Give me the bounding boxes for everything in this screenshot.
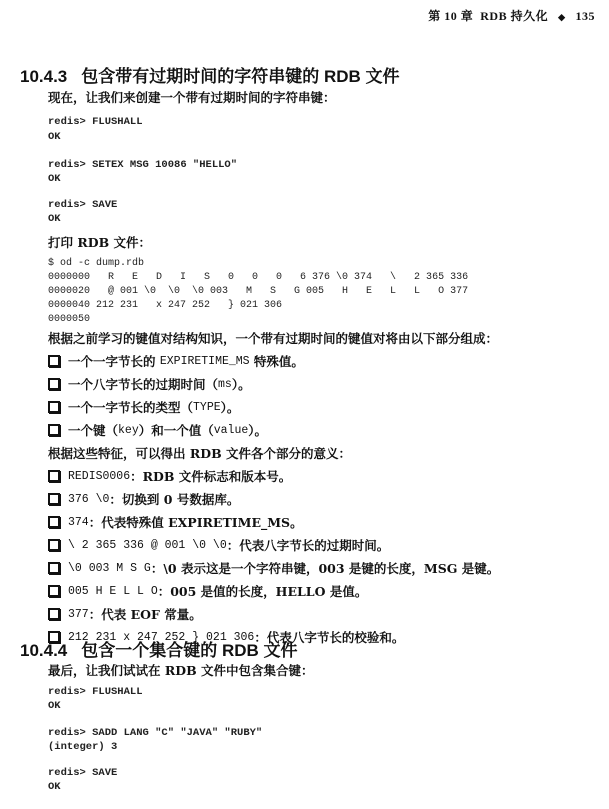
- code-line: redis> SADD LANG "C" "JAVA" "RUBY": [48, 727, 262, 739]
- list-item: 一个一字节长的 EXPIRETIME_MS 特殊值。: [48, 352, 304, 370]
- code-line: redis> SETEX MSG 10086 "HELLO": [48, 159, 237, 171]
- checkbox-bullet-icon: [48, 585, 60, 597]
- od-line: 0000000 R E D I S 0 0 0 6 376 \0 374 \ 2…: [48, 272, 468, 283]
- od-line: 0000050: [48, 314, 90, 325]
- section-number: 10.4.3: [20, 67, 67, 86]
- code-line: OK: [48, 213, 61, 225]
- list-item: \ 2 365 336 @ 001 \0 \0：代表八字节长的过期时间。: [48, 536, 389, 554]
- code-line: redis> FLUSHALL: [48, 686, 143, 698]
- print-label: 打印 RDB 文件：: [48, 233, 151, 251]
- checkbox-bullet-icon: [48, 378, 60, 390]
- checkbox-bullet-icon: [48, 470, 60, 482]
- list-item: 374：代表特殊值 EXPIRETIME_MS。: [48, 513, 303, 531]
- checkbox-bullet-icon: [48, 608, 60, 620]
- code-line: redis> SAVE: [48, 199, 117, 211]
- meaning-intro: 根据这些特征，可以得出 RDB 文件各个部分的意义：: [48, 444, 351, 462]
- code-line: OK: [48, 781, 61, 793]
- od-line: 0000040 212 231 x 247 252 } 021 306: [48, 300, 282, 311]
- section-number: 10.4.4: [20, 641, 67, 660]
- parts-intro: 根据之前学习的键值对结构知识，一个带有过期时间的键值对将由以下部分组成：: [48, 329, 498, 347]
- chapter-label: 第 10 章: [428, 9, 473, 23]
- section-title: 包含一个集合键的 RDB 文件: [81, 641, 297, 660]
- checkbox-bullet-icon: [48, 562, 60, 574]
- code-line: redis> FLUSHALL: [48, 116, 143, 128]
- checkbox-bullet-icon: [48, 401, 60, 413]
- section-heading-10-4-3: 10.4.3包含带有过期时间的字符串键的 RDB 文件: [20, 62, 400, 87]
- od-line: 0000020 @ 001 \0 \0 \0 003 M S G 005 H E…: [48, 286, 468, 297]
- chapter-title: RDB 持久化: [480, 9, 548, 23]
- code-line: (integer) 3: [48, 741, 117, 753]
- list-item: \0 003 M S G：\0 表示这是一个字符串键，003 是键的长度，MSG…: [48, 559, 499, 577]
- list-item: REDIS0006：RDB 文件标志和版本号。: [48, 467, 291, 485]
- checkbox-bullet-icon: [48, 355, 60, 367]
- code-line: OK: [48, 173, 61, 185]
- list-item: 一个八字节长的过期时间（ms）。: [48, 375, 251, 393]
- list-item: 377：代表 EOF 常量。: [48, 605, 202, 623]
- list-item: 一个键（key）和一个值（value）。: [48, 421, 267, 439]
- code-line: OK: [48, 131, 61, 143]
- page-number: 135: [576, 9, 596, 23]
- od-line: $ od -c dump.rdb: [48, 258, 144, 269]
- code-line: redis> SAVE: [48, 767, 117, 779]
- section-heading-10-4-4: 10.4.4包含一个集合键的 RDB 文件: [20, 636, 298, 661]
- intro-paragraph: 现在，让我们来创建一个带有过期时间的字符串键：: [48, 88, 336, 106]
- section-title: 包含带有过期时间的字符串键的 RDB 文件: [81, 67, 399, 86]
- checkbox-bullet-icon: [48, 516, 60, 528]
- checkbox-bullet-icon: [48, 493, 60, 505]
- diamond-icon: ◆: [558, 12, 565, 22]
- checkbox-bullet-icon: [48, 424, 60, 436]
- intro-paragraph: 最后，让我们试试在 RDB 文件中包含集合键：: [48, 661, 314, 679]
- list-item: 376 \0：切换到 0 号数据库。: [48, 490, 239, 508]
- code-line: OK: [48, 700, 61, 712]
- list-item: 005 H E L L O：005 是值的长度，HELLO 是值。: [48, 582, 367, 600]
- list-item: 一个一字节长的类型（TYPE）。: [48, 398, 239, 416]
- checkbox-bullet-icon: [48, 539, 60, 551]
- running-header: 第 10 章 RDB 持久化◆135: [428, 7, 595, 24]
